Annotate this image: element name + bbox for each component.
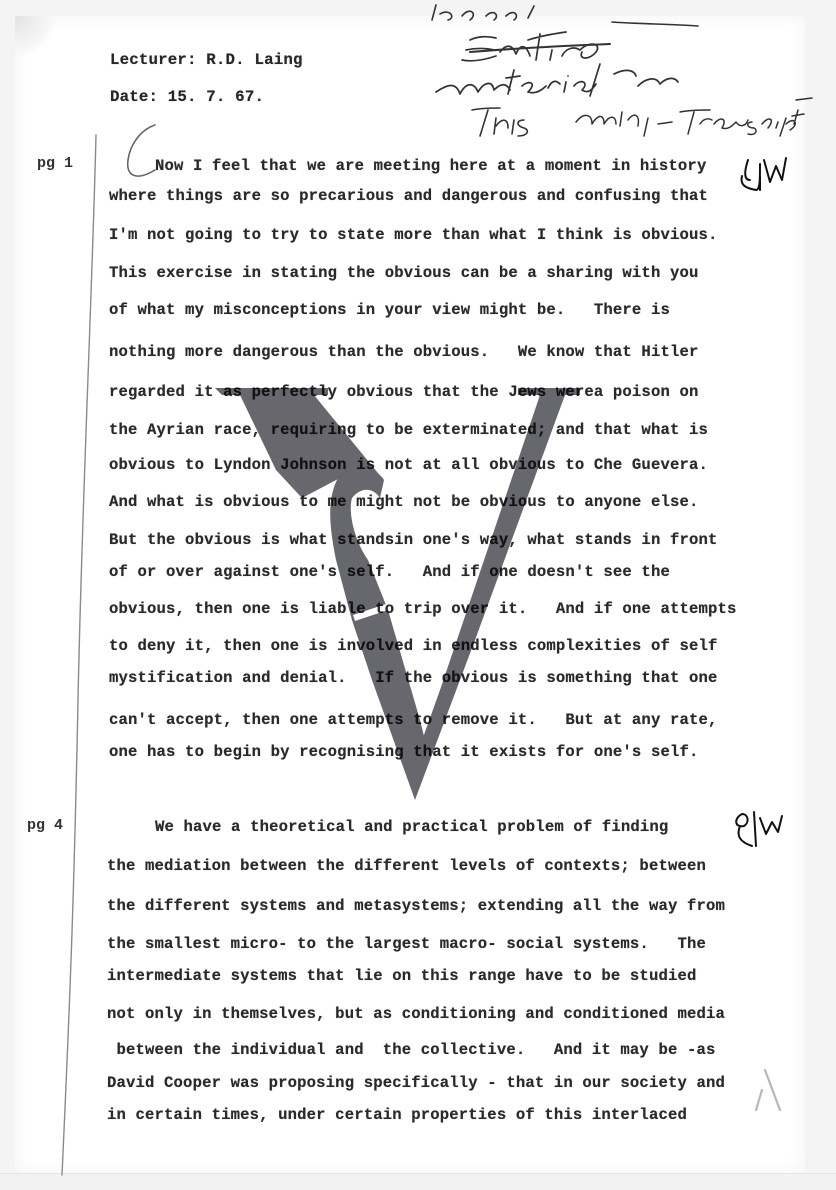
typed-line: to deny it, then one is involved in endl… [109, 637, 718, 655]
typed-line: the smallest micro- to the largest macro… [107, 935, 706, 953]
typed-line: Now I feel that we are meeting here at a… [155, 157, 706, 175]
typed-line: between the individual and the collectiv… [107, 1041, 716, 1059]
typed-line: obvious to Lyndon Johnson is not at all … [109, 456, 708, 474]
typed-line: of or over against one's self. And if on… [109, 563, 670, 581]
typed-line: one has to begin by recognising that it … [109, 743, 698, 761]
typed-line: obvious, then one is liable to trip over… [109, 600, 737, 618]
typed-line: But the obvious is what standsin one's w… [109, 531, 718, 549]
date-line: Date: 15. 7. 67. [110, 88, 264, 106]
typed-line: in certain times, under certain properti… [107, 1106, 687, 1124]
typed-line: the different systems and metasystems; e… [107, 897, 725, 915]
typed-line: where things are so precarious and dange… [109, 187, 708, 205]
typed-line: We have a theoretical and practical prob… [155, 818, 668, 836]
typed-line: nothing more dangerous than the obvious.… [109, 343, 698, 361]
typed-line: can't accept, then one attempts to remov… [109, 711, 718, 729]
typed-line: of what my misconceptions in your view m… [109, 301, 670, 319]
typed-line: intermediate systems that lie on this ra… [107, 967, 696, 985]
typed-line: not only in themselves, but as condition… [107, 1005, 725, 1023]
typed-line: This exercise in stating the obvious can… [109, 264, 698, 282]
viewer-background [0, 1173, 836, 1190]
page-label-1: pg 1 [37, 155, 73, 172]
typed-line: the Ayrian race, requiring to be extermi… [109, 421, 708, 439]
typed-line: regarded it as perfectly obvious that th… [109, 383, 698, 401]
typed-line: I'm not going to try to state more than … [109, 226, 718, 244]
typed-line: And what is obvious to me might not be o… [109, 493, 698, 511]
lecturer-line: Lecturer: R.D. Laing [110, 51, 303, 69]
typed-line: the mediation between the different leve… [107, 857, 706, 875]
typed-line: David Cooper was proposing specifically … [107, 1074, 725, 1092]
page-label-4: pg 4 [27, 817, 63, 834]
typed-line: mystification and denial. If the obvious… [109, 669, 718, 687]
